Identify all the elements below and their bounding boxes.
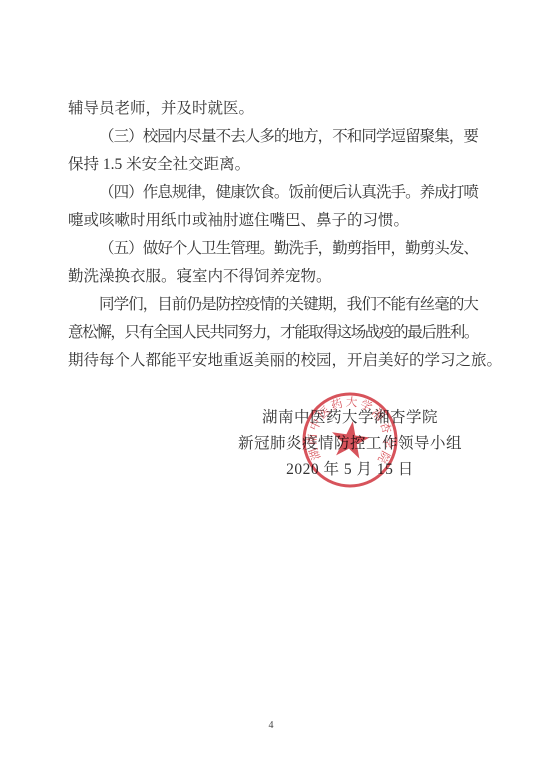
- text-line: 辅导员老师，并及时就医。: [68, 95, 478, 123]
- text-line: 意松懈，只有全国人民共同努力，才能取得这场战疫的最后胜利。: [68, 319, 478, 347]
- text-line: （四）作息规律，健康饮食。饭前便后认真洗手。养成打喷: [68, 179, 478, 207]
- body-text: 辅导员老师，并及时就医。 （三）校园内尽量不去人多的地方，不和同学逗留聚集，要 …: [68, 95, 478, 375]
- text-line: （三）校园内尽量不去人多的地方，不和同学逗留聚集，要: [68, 123, 478, 151]
- text-line: （五）做好个人卫生管理。勤洗手，勤剪指甲，勤剪头发、: [68, 235, 478, 263]
- text-line: 勤洗澡换衣服。寝室内不得饲养宠物。: [68, 263, 478, 291]
- text-line: 同学们，目前仍是防控疫情的关键期，我们不能有丝毫的大: [68, 291, 478, 319]
- page-number: 4: [0, 720, 542, 731]
- text-line: 期待每个人都能平安地重返美丽的校园，开启美好的学习之旅。: [68, 347, 478, 375]
- text-line: 嚏或咳嗽时用纸巾或袖肘遮住嘴巴、鼻子的习惯。: [68, 207, 478, 235]
- signature-org-line2: 新冠肺炎疫情防控工作领导小组: [230, 431, 470, 457]
- signature-block: 湖南中医药大学湘杏学院 新冠肺炎疫情防控工作领导小组 2020 年 5 月 15…: [230, 405, 470, 483]
- text-line: 保持 1.5 米安全社交距离。: [68, 151, 478, 179]
- document-page: 辅导员老师，并及时就医。 （三）校园内尽量不去人多的地方，不和同学逗留聚集，要 …: [0, 0, 542, 768]
- signature-date: 2020 年 5 月 15 日: [230, 457, 470, 483]
- signature-org-line1: 湖南中医药大学湘杏学院: [230, 405, 470, 431]
